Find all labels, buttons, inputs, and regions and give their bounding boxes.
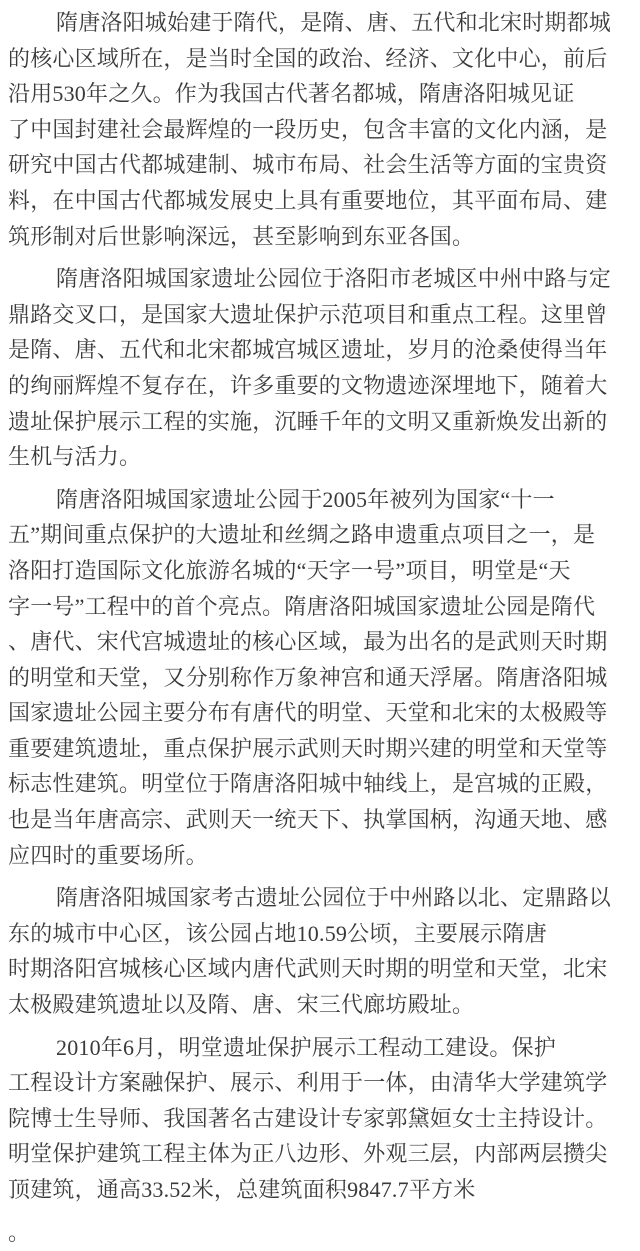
text-line: 隋唐洛阳城始建于隋代，是隋、唐、五代和北宋时期都城 <box>8 5 632 41</box>
paragraph: 2010年6月，明堂遗址保护展示工程动工建设。保护工程设计方案融保护、展示、利用… <box>8 1030 632 1208</box>
text-line: 五”期间重点保护的大遗址和丝绸之路申遗重点项目之一，是 <box>8 517 632 553</box>
text-line: 研究中国古代都城建制、城市布局、社会生活等方面的宝贵资 <box>8 147 632 183</box>
text-line: 重要建筑遗址，重点保护展示武则天时期兴建的明堂和天堂等 <box>8 731 632 767</box>
text-line: 东的城市中心区，该公园占地10.59公顷，主要展示隋唐 <box>8 916 632 952</box>
text-line: 明堂保护建筑工程主体为正八边形、外观三层，内部两层攒尖 <box>8 1136 632 1172</box>
text-line: 时期洛阳宫城核心区域内唐代武则天时期的明堂和天堂，北宋 <box>8 951 632 987</box>
text-line: 工程设计方案融保护、展示、利用于一体，由清华大学建筑学 <box>8 1065 632 1101</box>
paragraph: 隋唐洛阳城始建于隋代，是隋、唐、五代和北宋时期都城的核心区域所在，是当时全国的政… <box>8 5 632 254</box>
text-line: 的绚丽辉煌不复存在，许多重要的文物遗迹深埋地下，随着大 <box>8 368 632 404</box>
text-line: 应四时的重要场所。 <box>8 838 632 874</box>
text-line: 遗址保护展示工程的实施，沉睡千年的文明又重新焕发出新的 <box>8 404 632 440</box>
text-line: 标志性建筑。明堂位于隋唐洛阳城中轴线上，是宫城的正殿， <box>8 766 632 802</box>
paragraph: 隋唐洛阳城国家遗址公园于2005年被列为国家“十一五”期间重点保护的大遗址和丝绸… <box>8 482 632 874</box>
text-line: 太极殿建筑遗址以及隋、唐、宋三代廊坊殿址。 <box>8 987 632 1023</box>
text-line: 隋唐洛阳城国家遗址公园于2005年被列为国家“十一 <box>8 482 632 518</box>
text-line: 的明堂和天堂，又分别称作万象神宫和通天浮屠。隋唐洛阳城 <box>8 660 632 696</box>
text-line: 生机与活力。 <box>8 439 632 475</box>
text-line: 是隋、唐、五代和北宋都城宫城区遗址，岁月的沧桑使得当年 <box>8 332 632 368</box>
text-line: 筑形制对后世影响深远，甚至影响到东亚各国。 <box>8 219 632 255</box>
text-line: 了中国封建社会最辉煌的一段历史，包含丰富的文化内涵，是 <box>8 112 632 148</box>
text-line: 字一号”工程中的首个亮点。隋唐洛阳城国家遗址公园是隋代 <box>8 589 632 625</box>
text-line: 国家遗址公园主要分布有唐代的明堂、天堂和北宋的太极殿等 <box>8 695 632 731</box>
text-line: 鼎路交叉口，是国家大遗址保护示范项目和重点工程。这里曾 <box>8 297 632 333</box>
text-line: 隋唐洛阳城国家考古遗址公园位于中州路以北、定鼎路以 <box>8 880 632 916</box>
paragraph: 。 <box>8 1215 632 1251</box>
text-line: 沿用530年之久。作为我国古代著名都城，隋唐洛阳城见证 <box>8 76 632 112</box>
paragraph: 隋唐洛阳城国家遗址公园位于洛阳市老城区中州中路与定鼎路交叉口，是国家大遗址保护示… <box>8 261 632 475</box>
text-line: 洛阳打造国际文化旅游名城的“天字一号”项目，明堂是“天 <box>8 553 632 589</box>
text-line: 料，在中国古代都城发展史上具有重要地位，其平面布局、建 <box>8 183 632 219</box>
document-page: 隋唐洛阳城始建于隋代，是隋、唐、五代和北宋时期都城的核心区域所在，是当时全国的政… <box>0 0 640 1251</box>
text-line: 、唐代、宋代宫城遗址的核心区域，最为出名的是武则天时期 <box>8 624 632 660</box>
text-line: 也是当年唐高宗、武则天一统天下、执掌国柄，沟通天地、感 <box>8 802 632 838</box>
text-line: 顶建筑，通高33.52米，总建筑面积9847.7平方米 <box>8 1172 632 1208</box>
paragraph: 隋唐洛阳城国家考古遗址公园位于中州路以北、定鼎路以东的城市中心区，该公园占地10… <box>8 880 632 1022</box>
text-line: 的核心区域所在，是当时全国的政治、经济、文化中心，前后 <box>8 41 632 77</box>
text-line: 2010年6月，明堂遗址保护展示工程动工建设。保护 <box>8 1030 632 1066</box>
text-line: 隋唐洛阳城国家遗址公园位于洛阳市老城区中州中路与定 <box>8 261 632 297</box>
text-line: 院博士生导师、我国著名古建设计专家郭黛姮女士主持设计。 <box>8 1101 632 1137</box>
text-line: 。 <box>8 1215 632 1251</box>
